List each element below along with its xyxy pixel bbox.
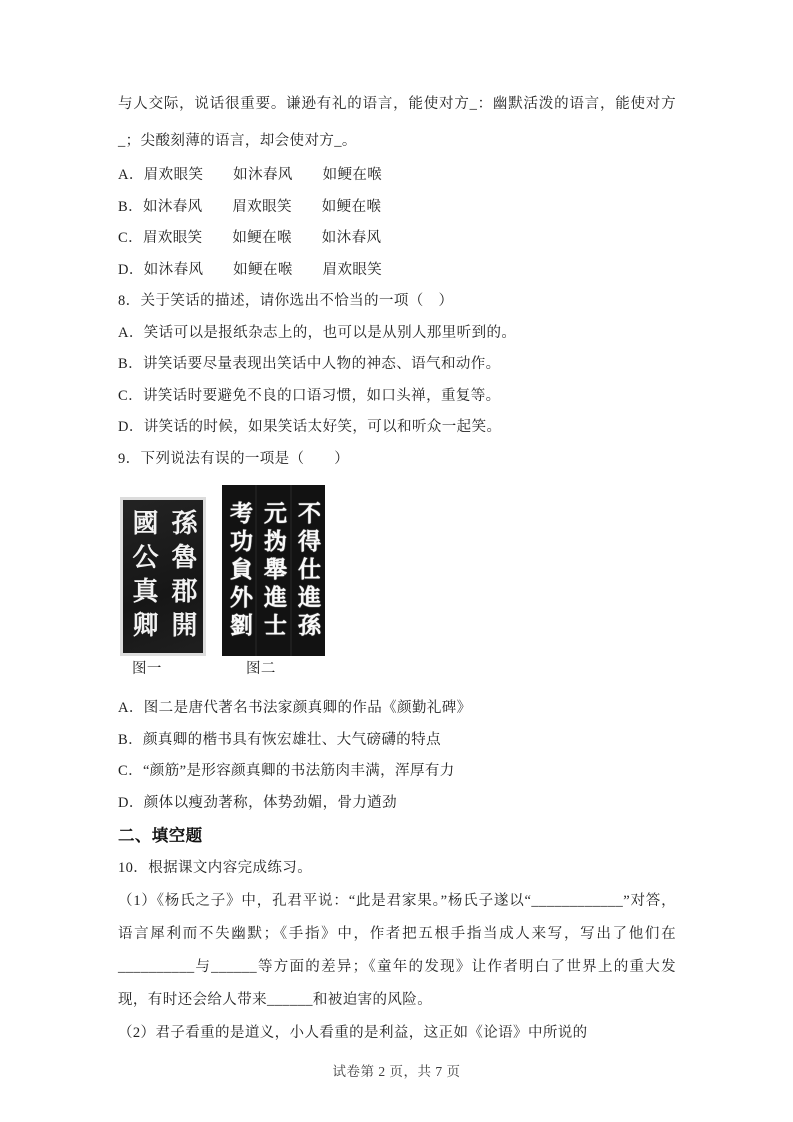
page-number-footer: 试卷第 2 页，共 7 页	[0, 1060, 793, 1080]
q7-option-b: B．如沐春风 眉欢眼笑 如鲠在喉	[118, 192, 676, 224]
calligraphy-rubbing-figure-2: 不得仕進孫 元㧑舉進士 考功貟外劉	[222, 485, 325, 656]
q8-option-b: B．讲笑话要尽量表现出笑话中人物的神态、语气和动作。	[118, 349, 676, 381]
q7-option-c: C．眉欢眼笑 如鲠在喉 如沐春风	[118, 223, 676, 255]
q9-option-c: C．“颜筋”是形容颜真卿的书法筋肉丰满，浑厚有力	[118, 756, 676, 788]
q9-stem: 9．下列说法有误的一项是（ ）	[118, 444, 676, 476]
q10-part1-paragraph: （1）《杨氏之子》中，孔君平说：“此是君家果。”杨氏子遂以“__________…	[118, 885, 676, 1017]
q8-option-d: D．讲笑话的时候，如果笑话太好笑，可以和听众一起笑。	[118, 412, 676, 444]
figure-2-block: 不得仕進孫 元㧑舉進士 考功貟外劉 图二	[222, 485, 325, 679]
exam-content: 与人交际，说话很重要。谦逊有礼的语言，能使对方_：幽默活泼的语言，能使对方_；尖…	[118, 86, 676, 1050]
figure-2-caption: 图二	[246, 659, 325, 679]
intro-paragraph: 与人交际，说话很重要。谦逊有礼的语言，能使对方_：幽默活泼的语言，能使对方_；尖…	[118, 86, 676, 160]
q10-part2-paragraph: （2）君子看重的是道义，小人看重的是利益，这正如《论语》中所说的	[118, 1017, 676, 1050]
figure-2-column-middle: 元㧑舉進士	[257, 501, 290, 641]
q9-option-b: B．颜真卿的楷书具有恢宏雄壮、大气磅礴的特点	[118, 725, 676, 757]
q9-option-d: D．颜体以瘦劲著称，体势劲媚，骨力遒劲	[118, 788, 676, 820]
exam-page: 与人交际，说话很重要。谦逊有礼的语言，能使对方_：幽默活泼的语言，能使对方_；尖…	[0, 0, 793, 1122]
q10-stem: 10．根据课文内容完成练习。	[118, 853, 676, 885]
figure-1-column-left: 國公真卿	[125, 509, 162, 645]
section-2-title: 二、填空题	[118, 819, 676, 853]
q8-stem: 8．关于笑话的描述，请你选出不恰当的一项（ ）	[118, 286, 676, 318]
calligraphy-rubbing-figure-1: 孫魯郡開 國公真卿	[120, 497, 206, 656]
figure-2-column-right: 不得仕進孫	[291, 501, 324, 641]
figure-1-block: 孫魯郡開 國公真卿 图一	[120, 497, 206, 679]
q9-option-a: A．图二是唐代著名书法家颜真卿的作品《颜勤礼碑》	[118, 693, 676, 725]
figure-1-caption: 图一	[132, 659, 206, 679]
q8-option-c: C．讲笑话时要避免不良的口语习惯，如口头禅，重复等。	[118, 381, 676, 413]
figure-1-column-right: 孫魯郡開	[164, 509, 201, 645]
q7-option-d: D．如沐春风 如鲠在喉 眉欢眼笑	[118, 255, 676, 287]
q8-option-a: A．笑话可以是报纸杂志上的，也可以是从别人那里听到的。	[118, 318, 676, 350]
figure-row: 孫魯郡開 國公真卿 图一 不得仕進孫 元㧑舉進士 考功貟外劉 图二	[120, 485, 676, 679]
figure-2-column-left: 考功貟外劉	[223, 501, 256, 641]
q7-option-a: A．眉欢眼笑 如沐春风 如鲠在喉	[118, 160, 676, 192]
